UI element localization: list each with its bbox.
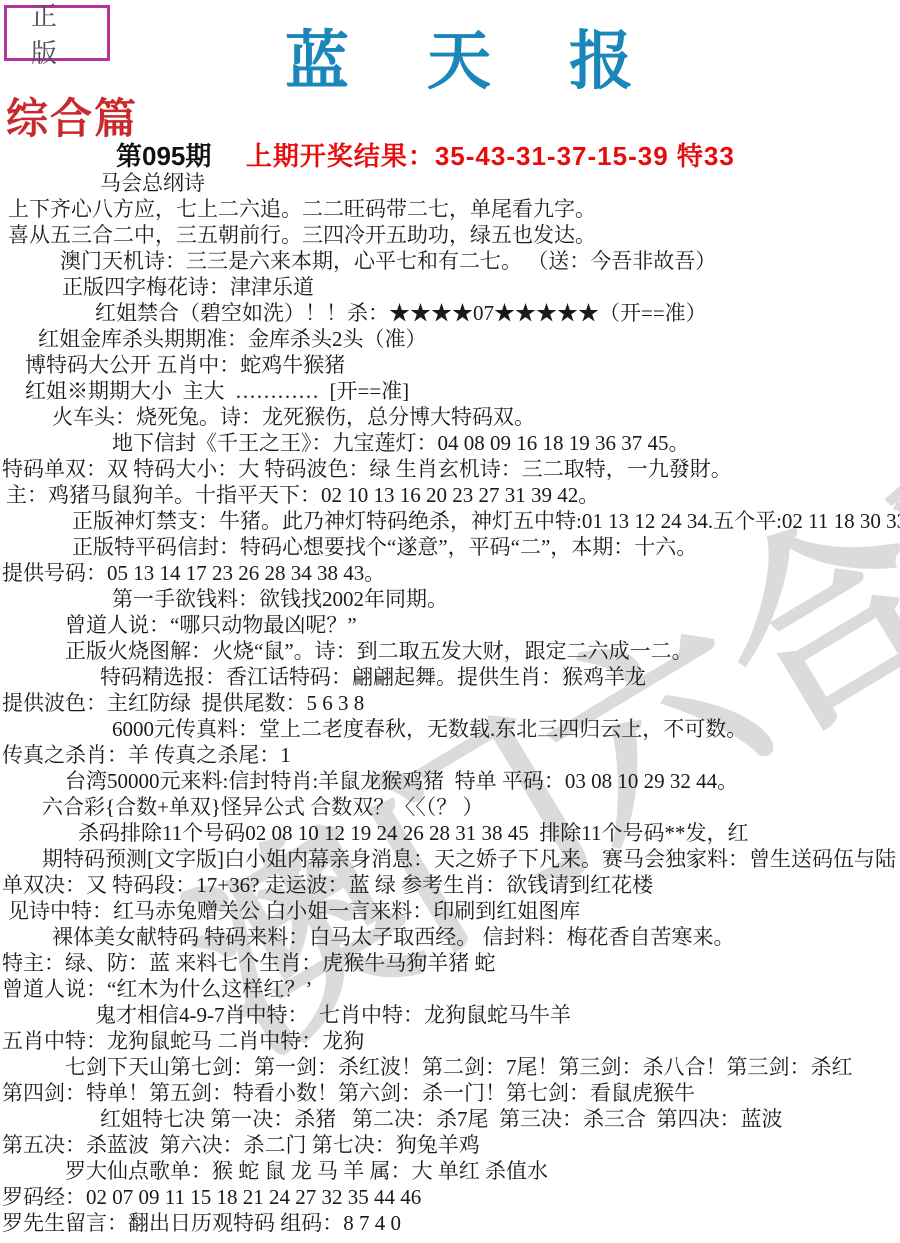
body-line: 五肖中特：龙狗鼠蛇马 二肖中特：龙狗 — [0, 1028, 900, 1054]
body-line: 七剑下天山第七剑：第一剑：杀红波！第二剑：7尾！第三剑：杀八合！第三剑：杀红 — [0, 1054, 900, 1080]
body-line: 马会总纲诗 — [0, 170, 900, 196]
authentic-stamp-label: 正 版 — [7, 0, 107, 70]
body-line: 正版火烧图解：火烧“鼠”。诗：到二取五发大财，跟定二六成一二。 — [0, 638, 900, 664]
issue-row: 第095期 上期开奖结果：35-43-31-37-15-39 特33 — [0, 136, 900, 173]
body-line: 曾道人说：“哪只动物最凶呢？” — [0, 612, 900, 638]
body-line: 澳门天机诗：三三是六来本期，心平七和有二七。 （送：今吾非故吾） — [0, 248, 900, 274]
issue-number: 第095期 — [116, 136, 211, 173]
body-line: 鬼才相信4-9-7肖中特： 七肖中特：龙狗鼠蛇马牛羊 — [0, 1002, 900, 1028]
body-line: 罗大仙点歌单：猴 蛇 鼠 龙 马 羊 属：大 单红 杀值水 — [0, 1158, 900, 1184]
body-line: 杀码排除11个号码02 08 10 12 19 24 26 28 31 38 4… — [0, 820, 900, 846]
body-line: 六合彩{合数+单双}怪异公式 合数双？〈〈（？ ） — [0, 794, 900, 820]
body-line: 第一手欲钱料：欲钱找2002年同期。 — [0, 586, 900, 612]
body-line: 地下信封《千王之王》：九宝莲灯：04 08 09 16 18 19 36 37 … — [0, 430, 900, 456]
body-line: 提供号码：05 13 14 17 23 26 28 34 38 43。 — [0, 560, 900, 586]
page-title: 蓝天报 — [285, 10, 711, 102]
body-line: 罗先生留言：翻出日历观特码 组码：8 7 4 0 — [0, 1210, 900, 1236]
body-line: 曾道人说：“红木为什么这样红？’ — [0, 976, 900, 1002]
body-line: 第五决：杀蓝波 第六决：杀二门 第七决：狗兔羊鸡 — [0, 1132, 900, 1158]
body-line: 红姐金库杀头期期准：金库杀头2头（准） — [0, 326, 900, 352]
body-line: 特码单双：双 特码大小：大 特码波色：绿 生肖玄机诗：三二取特，一九發財。 — [0, 456, 900, 482]
body-line: 正版四字梅花诗：津津乐道 — [0, 274, 900, 300]
body-line: 见诗中特：红马赤兔赠关公 白小姐一言来料：印刷到红姐图库 — [0, 898, 900, 924]
body-line: 期特码预测[文字版]白小姐内幕亲身消息：天之娇子下凡来。赛马会独家料：曾生送码伍… — [0, 846, 900, 872]
body-line: 喜从五三合二中，三五朝前行。三四冷开五助功，绿五也发达。 — [0, 222, 900, 248]
body-line: 红姐※期期大小 主大 ………… [开==准] — [0, 378, 900, 404]
body-line: 罗码经：02 07 09 11 15 18 21 24 27 32 35 44 … — [0, 1184, 900, 1210]
body-line: 裸体美女献特码 特码来料：白马太子取西经。 信封料：梅花香自苦寒来。 — [0, 924, 900, 950]
body-line: 红姐特七决 第一决：杀猪 第二决：杀7尾 第三决：杀三合 第四决：蓝波 — [0, 1106, 900, 1132]
body-line: 单双决：又 特码段：17+36? 走运波：蓝 绿 参考生肖：欲钱请到红花楼 — [0, 872, 900, 898]
body-line: 台湾50000元来料:信封特肖:羊鼠龙猴鸡猪 特单 平码：03 08 10 29… — [0, 768, 900, 794]
body-line: 博特码大公开 五肖中：蛇鸡牛猴猪 — [0, 352, 900, 378]
body-line: 红姐禁合（碧空如洗）！！杀：★★★★07★★★★★（开==准） — [0, 300, 900, 326]
body-line: 特码精选报：香江话特码：翩翩起舞。提供生肖：猴鸡羊龙 — [0, 664, 900, 690]
body-line: 正版特平码信封：特码心想要找个“遂意”，平码“二”，本期：十六。 — [0, 534, 900, 560]
authentic-stamp-box: 正 版 — [4, 5, 110, 61]
body-line: 上下齐心八方应，七上二六追。二二旺码带二七，单尾看九字。 — [0, 196, 900, 222]
tips-body: 马会总纲诗 上下齐心八方应，七上二六追。二二旺码带二七，单尾看九字。 喜从五三合… — [0, 170, 900, 1236]
body-line: 提供波色：主红防绿 提供尾数：5 6 3 8 — [0, 690, 900, 716]
body-line: 第四剑：特单！第五剑：特看小数！第六剑：杀一门！第七剑：看鼠虎猴牛 — [0, 1080, 900, 1106]
body-line: 火车头：烧死兔。诗：龙死猴伤，总分博大特码双。 — [0, 404, 900, 430]
body-line: 特主：绿、防：蓝 来料七个生肖：虎猴牛马狗羊猪 蛇 — [0, 950, 900, 976]
body-line: 正版神灯禁支：牛猪。此乃神灯特码绝杀，神灯五中特:01 13 12 24 34.… — [0, 508, 900, 534]
body-line: 主：鸡猪马鼠狗羊。十指平天下：02 10 13 16 20 23 27 31 3… — [0, 482, 900, 508]
last-draw-result: 上期开奖结果：35-43-31-37-15-39 特33 — [246, 136, 735, 173]
body-line: 6000元传真料：堂上二老度春秋，无数载.东北三四归云上，不可数。 — [0, 716, 900, 742]
body-line: 传真之杀肖：羊 传真之杀尾：1 — [0, 742, 900, 768]
